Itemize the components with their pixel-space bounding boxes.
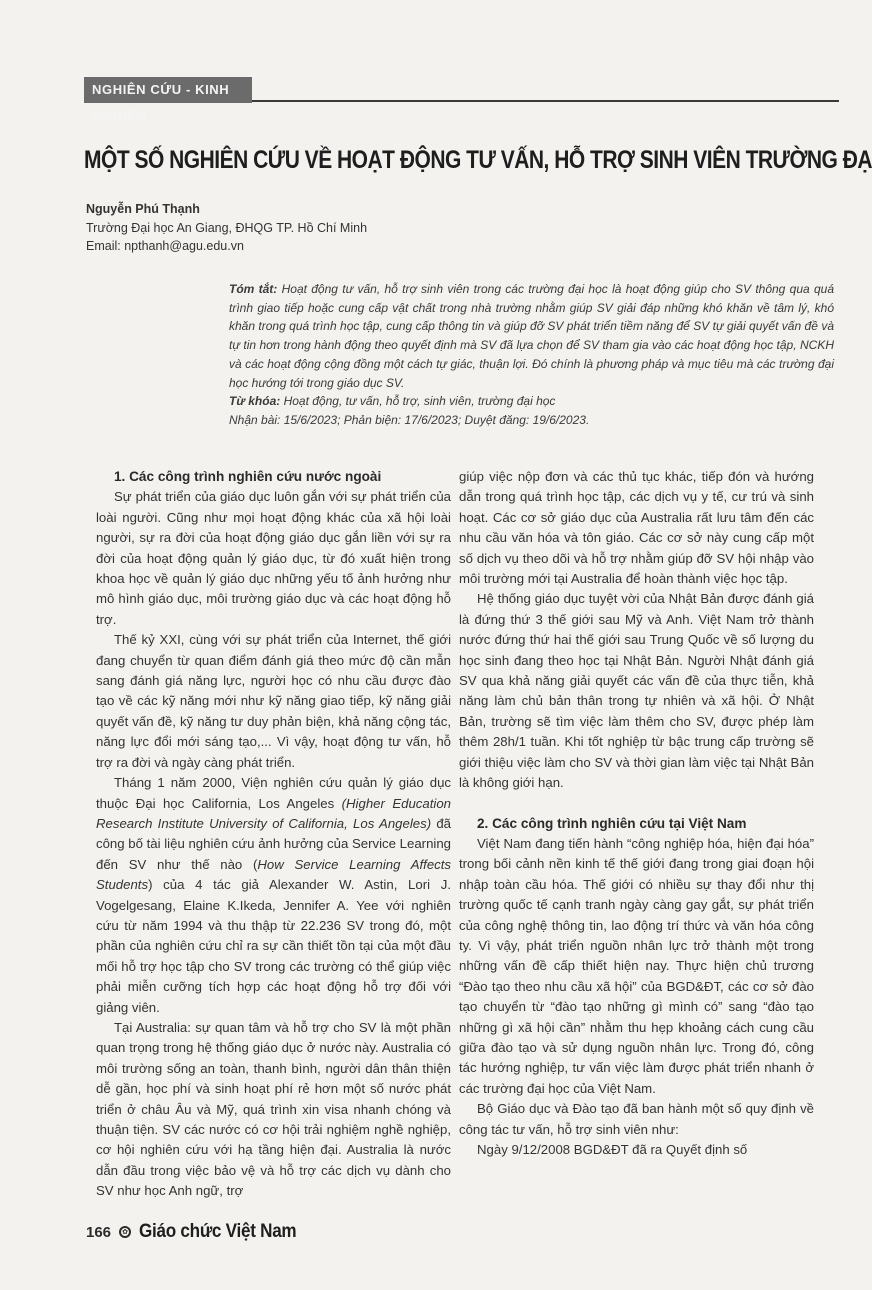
text-run: ) của 4 tác giả Alexander W. Astin, Lori…: [96, 877, 451, 1014]
body-paragraph: Tại Australia: sự quan tâm và hỗ trợ cho…: [96, 1018, 451, 1202]
keywords-text: Hoạt động, tư vấn, hỗ trợ, sinh viên, tr…: [280, 394, 555, 408]
article-title-text: MỘT SỐ NGHIÊN CỨU VỀ HOẠT ĐỘNG TƯ VẤN, H…: [84, 141, 840, 179]
body-paragraph: Bộ Giáo dục và Đào tạo đã ban hành một s…: [459, 1099, 814, 1140]
keywords-line: Từ khóa: Hoạt động, tư vấn, hỗ trợ, sinh…: [229, 392, 834, 411]
body-paragraph: Tháng 1 năm 2000, Viện nghiên cứu quản l…: [96, 773, 451, 1018]
abstract-block: Tóm tắt: Hoạt động tư vấn, hỗ trợ sinh v…: [229, 280, 834, 430]
author-email: Email: npthanh@agu.edu.vn: [86, 237, 367, 256]
abstract-text: Hoạt động tư vấn, hỗ trợ sinh viên trong…: [229, 282, 834, 390]
header-rule-divider: [252, 100, 839, 102]
section-label-tab: NGHIÊN CỨU - KINH NGHIỆM: [84, 77, 252, 103]
author-name: Nguyễn Phú Thạnh: [86, 200, 367, 219]
body-paragraph: Ngày 9/12/2008 BGD&ĐT đã ra Quyết định s…: [459, 1140, 814, 1160]
journal-name: Giáo chức Việt Nam: [139, 1221, 296, 1243]
journal-page: NGHIÊN CỨU - KINH NGHIỆM MỘT SỐ NGHIÊN C…: [0, 0, 872, 1290]
author-block: Nguyễn Phú Thạnh Trường Đại học An Giang…: [86, 200, 367, 256]
review-dates: Nhận bài: 15/6/2023; Phản biện: 17/6/202…: [229, 411, 834, 430]
section-1-heading: 1. Các công trình nghiên cứu nước ngoài: [96, 467, 451, 487]
body-paragraph: Sự phát triển của giáo dục luôn gắn với …: [96, 487, 451, 630]
body-paragraph: Việt Nam đang tiến hành “công nghiệp hóa…: [459, 834, 814, 1099]
body-paragraph: Hệ thống giáo dục tuyệt vời của Nhật Bản…: [459, 589, 814, 793]
body-paragraph: Thế kỷ XXI, cùng với sự phát triển của I…: [96, 630, 451, 773]
body-paragraph-continued: giúp việc nộp đơn và các thủ tục khác, t…: [459, 467, 814, 589]
right-column: giúp việc nộp đơn và các thủ tục khác, t…: [459, 467, 814, 1160]
page-footer: 166 ✿ Giáo chức Việt Nam: [86, 1221, 314, 1243]
page-number: 166: [86, 1224, 111, 1241]
abstract-label: Tóm tắt:: [229, 282, 277, 296]
author-affiliation: Trường Đại học An Giang, ĐHQG TP. Hồ Chí…: [86, 219, 367, 238]
section-2-heading: 2. Các công trình nghiên cứu tại Việt Na…: [459, 814, 814, 834]
keywords-label: Từ khóa:: [229, 394, 280, 408]
flower-bullet-icon: ✿: [119, 1226, 131, 1238]
section-spacer: [459, 794, 814, 814]
left-column: 1. Các công trình nghiên cứu nước ngoài …: [96, 467, 451, 1202]
abstract-paragraph: Tóm tắt: Hoạt động tư vấn, hỗ trợ sinh v…: [229, 280, 834, 392]
article-title: MỘT SỐ NGHIÊN CỨU VỀ HOẠT ĐỘNG TƯ VẤN, H…: [84, 141, 719, 179]
